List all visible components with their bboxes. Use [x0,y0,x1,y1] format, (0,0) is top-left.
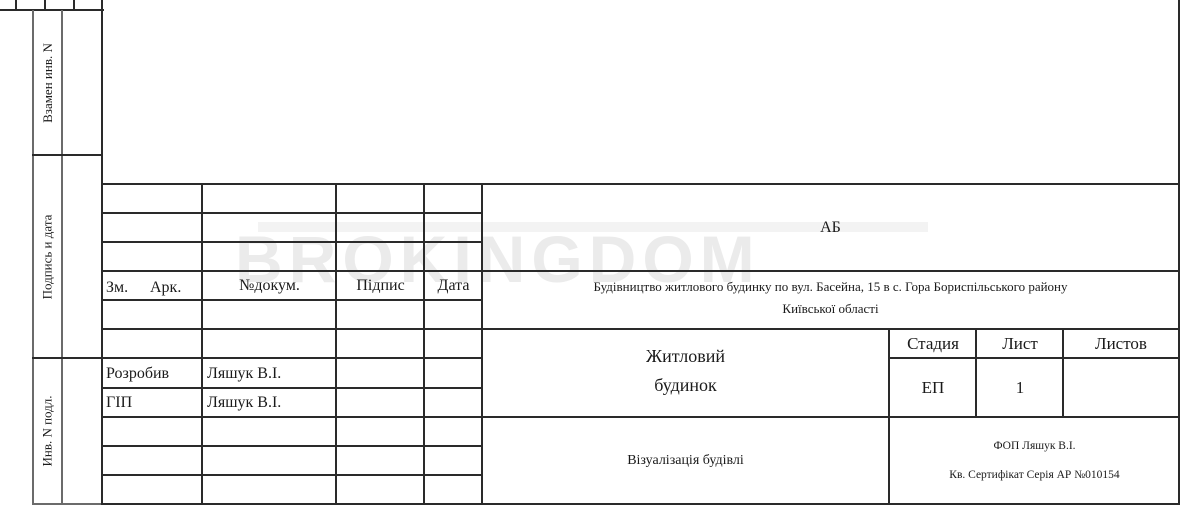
organization-name: ФОП Ляшук В.І. [890,441,1179,453]
header-change: Зм. [106,280,128,296]
header-sheet: Арк. [150,280,181,296]
side-label-inv-original: Инв. N подл. [33,358,62,504]
header-doc-number: №докум. [203,272,336,300]
stage-header: Стадия [890,330,976,358]
header-date: Дата [425,272,482,300]
grid-line [335,184,337,504]
project-title-line2: Київської області [483,302,1178,315]
sheet-value: 1 [977,359,1063,417]
project-title-line1: Будівництво житлового будинку по вул. Ба… [483,280,1178,293]
side-label-signature-date: Подпись и дата [33,155,62,358]
grid-line [423,184,425,504]
drawing-stamp: Взамен инв. N Подпись и дата Инв. N подл… [0,0,1200,524]
sheets-header: Листов [1064,330,1178,358]
name-developer: Ляшук В.І. [207,366,281,382]
header-signature: Підпис [337,272,424,300]
role-chief-engineer: ГІП [106,395,132,411]
stage-value: ЕП [890,359,976,417]
role-developer: Розробив [106,366,169,382]
grid-line [201,184,203,504]
sheets-value [1064,359,1178,417]
name-chief-engineer: Ляшук В.І. [207,395,281,411]
object-name-line1: Житловий [483,347,888,365]
organization-certificate: Кв. Сертифікат Серія АР №010154 [890,470,1179,482]
project-code: АБ [483,185,1178,271]
frame-left-border [101,0,103,505]
sheet-header: Лист [977,330,1063,358]
object-name-line2: будинок [483,376,888,394]
drawing-title: Візуалізація будівлі [483,418,888,504]
side-label-replaced-inv: Взамен инв. N [33,10,62,155]
frame-right-border [1178,0,1180,505]
